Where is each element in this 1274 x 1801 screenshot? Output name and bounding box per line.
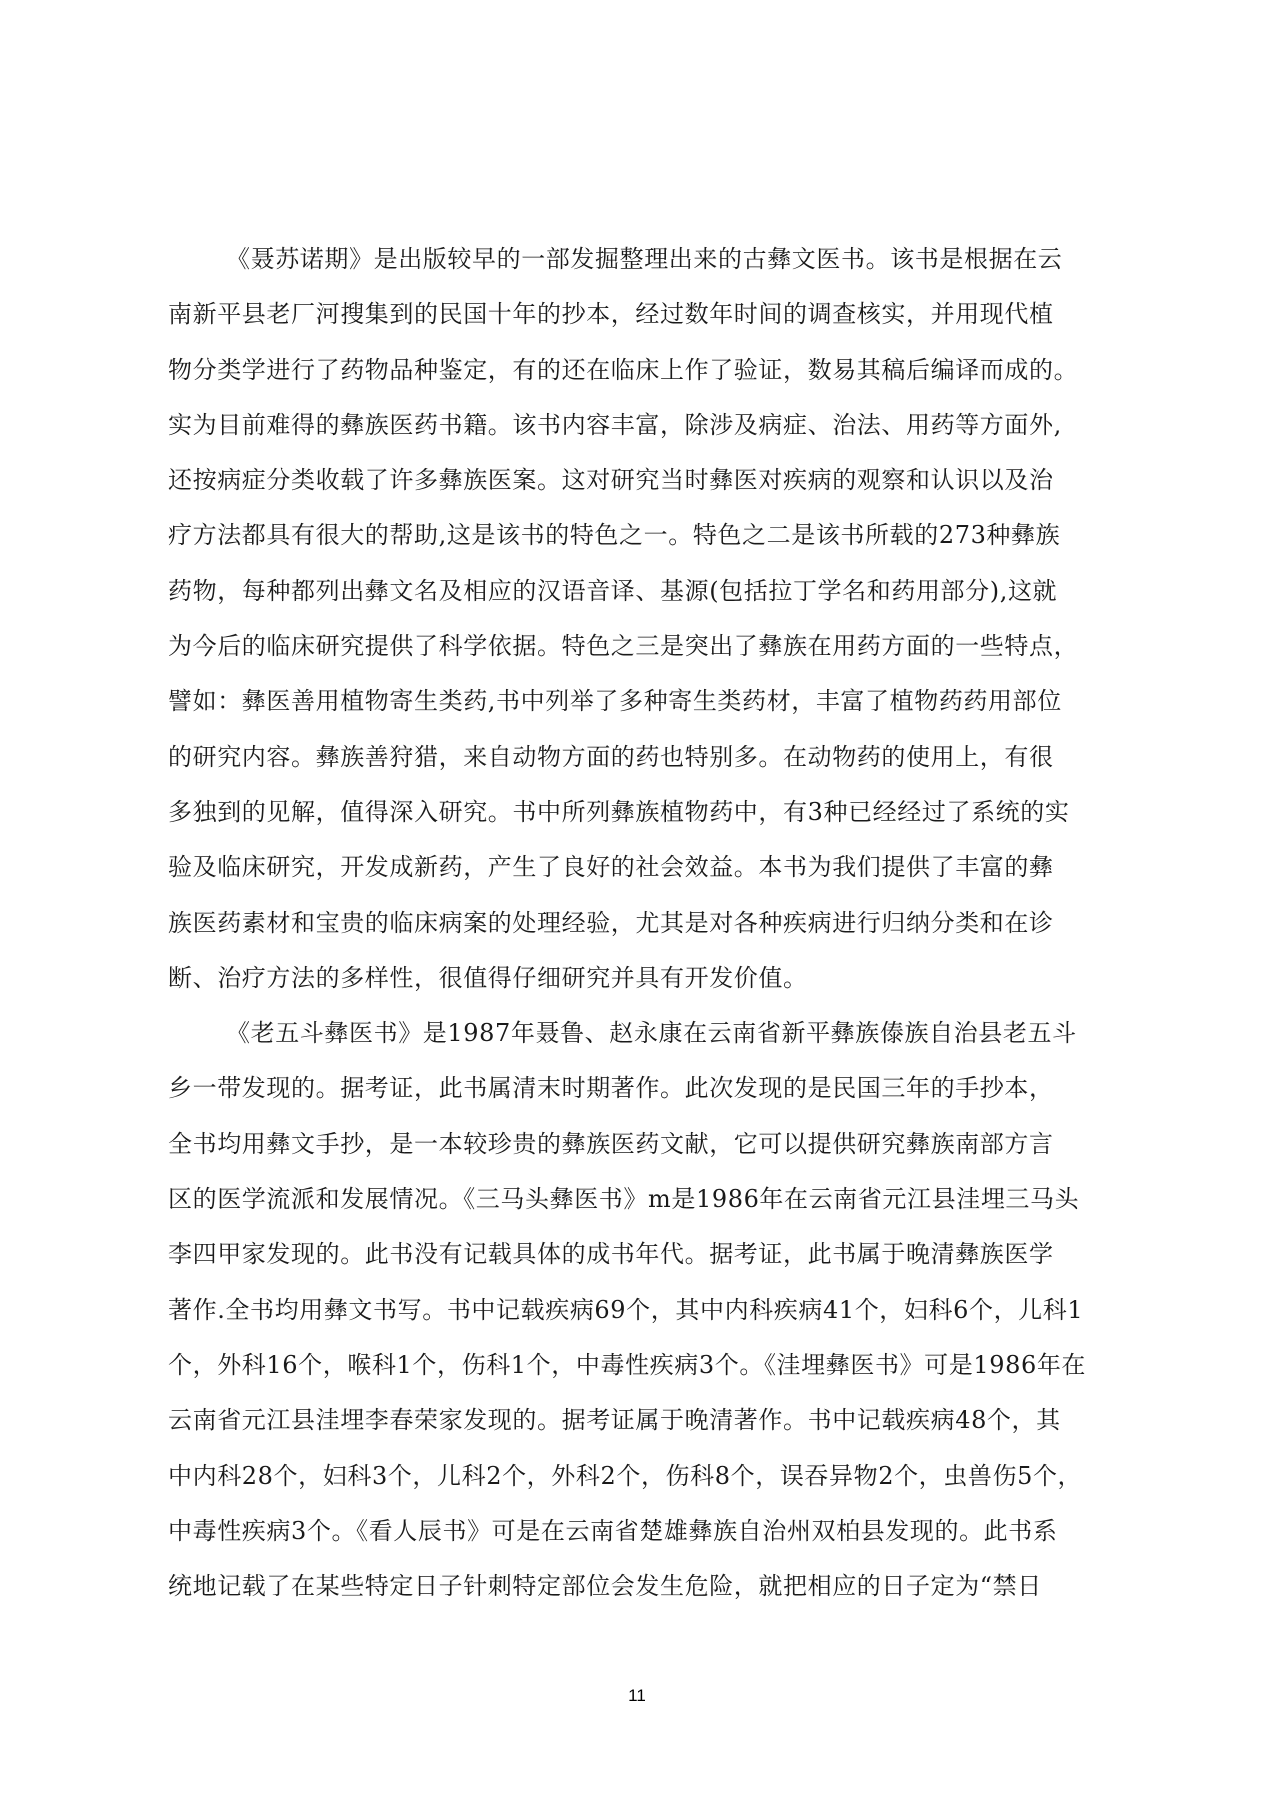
paragraph-1-line-11: 多独到的见解，值得深入研究。书中所列彝族植物药中，有3种已经经过了系统的实 xyxy=(168,789,1128,844)
page-number: 11 xyxy=(0,1686,1274,1706)
paragraph-2-line-4: 区的医学流派和发展情况。《三马头彝医书》m是1986年在云南省元江县洼埋三马头 xyxy=(168,1176,1128,1231)
paragraph-2-line-1: 《老五斗彝医书》是1987年聂鲁、赵永康在云南省新平彝族傣族自治县老五斗 xyxy=(168,1010,1128,1065)
paragraph-1-line-2: 南新平县老厂河搜集到的民国十年的抄本，经过数年时间的调查核实，并用现代植 xyxy=(168,291,1128,346)
paragraph-2-line-3: 全书均用彝文手抄，是一本较珍贵的彝族医药文献，它可以提供研究彝族南部方言 xyxy=(168,1121,1128,1176)
paragraph-2-line-9: 中内科28个，妇科3个，儿科2个，外科2个，伤科8个，误吞异物2个，虫兽伤5个， xyxy=(168,1453,1128,1508)
paragraph-1-line-9: 譬如：彝医善用植物寄生类药,书中列举了多种寄生类药材，丰富了植物药药用部位 xyxy=(168,678,1128,733)
paragraph-1-line-14: 断、治疗方法的多样性，很值得仔细研究并具有开发价值。 xyxy=(168,955,1128,1010)
paragraph-1-line-6: 疗方法都具有很大的帮助,这是该书的特色之一。特色之二是该书所载的273种彝族 xyxy=(168,512,1128,567)
paragraph-2-line-11: 统地记载了在某些特定日子针刺特定部位会发生危险，就把相应的日子定为“禁日 xyxy=(168,1563,1128,1618)
paragraph-2-line-7: 个，外科16个，喉科1个，伤科1个，中毒性疾病3个。《洼埋彝医书》可是1986年… xyxy=(168,1342,1128,1397)
body-text: 《聂苏诺期》是出版较早的一部发掘整理出来的古彝文医书。该书是根据在云 南新平县老… xyxy=(168,236,1128,1618)
paragraph-1-line-1: 《聂苏诺期》是出版较早的一部发掘整理出来的古彝文医书。该书是根据在云 xyxy=(168,236,1128,291)
paragraph-2-line-5: 李四甲家发现的。此书没有记载具体的成书年代。据考证，此书属于晚清彝族医学 xyxy=(168,1231,1128,1286)
paragraph-1-line-10: 的研究内容。彝族善狩猎，来自动物方面的药也特别多。在动物药的使用上，有很 xyxy=(168,734,1128,789)
paragraph-1-line-12: 验及临床研究，开发成新药，产生了良好的社会效益。本书为我们提供了丰富的彝 xyxy=(168,844,1128,899)
document-page: 《聂苏诺期》是出版较早的一部发掘整理出来的古彝文医书。该书是根据在云 南新平县老… xyxy=(0,0,1274,1801)
paragraph-2-line-6: 著作.全书均用彝文书写。书中记载疾病69个，其中内科疾病41个，妇科6个，儿科1 xyxy=(168,1287,1128,1342)
paragraph-1-line-13: 族医药素材和宝贵的临床病案的处理经验，尤其是对各种疾病进行归纳分类和在诊 xyxy=(168,900,1128,955)
paragraph-1-line-3: 物分类学进行了药物品种鉴定，有的还在临床上作了验证，数易其稿后编译而成的。 xyxy=(168,347,1128,402)
paragraph-1-line-7: 药物，每种都列出彝文名及相应的汉语音译、基源(包括拉丁学名和药用部分),这就 xyxy=(168,568,1128,623)
paragraph-2-line-2: 乡一带发现的。据考证，此书属清末时期著作。此次发现的是民国三年的手抄本， xyxy=(168,1065,1128,1120)
paragraph-1-line-5: 还按病症分类收载了许多彝族医案。这对研究当时彝医对疾病的观察和认识以及治 xyxy=(168,457,1128,512)
paragraph-1-line-8: 为今后的临床研究提供了科学依据。特色之三是突出了彝族在用药方面的一些特点， xyxy=(168,623,1128,678)
paragraph-1-line-4: 实为目前难得的彝族医药书籍。该书内容丰富，除涉及病症、治法、用药等方面外, xyxy=(168,402,1128,457)
paragraph-2-line-10: 中毒性疾病3个。《看人辰书》可是在云南省楚雄彝族自治州双柏县发现的。此书系 xyxy=(168,1508,1128,1563)
paragraph-2-line-8: 云南省元江县洼埋李春荣家发现的。据考证属于晚清著作。书中记载疾病48个，其 xyxy=(168,1397,1128,1452)
